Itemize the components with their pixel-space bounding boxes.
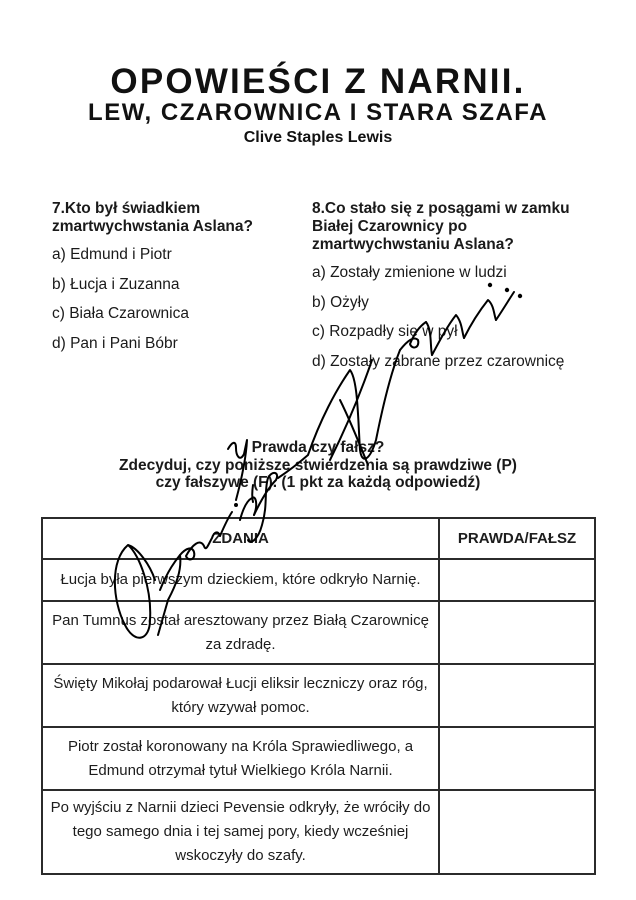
- question-7-option-d: d) Pan i Pani Bóbr: [52, 335, 292, 353]
- document-title: OPOWIEŚCI Z NARNII.: [0, 62, 636, 102]
- statement-cell: Pan Tumnus został aresztowany przez Biał…: [42, 601, 439, 664]
- answer-cell[interactable]: [439, 790, 595, 874]
- question-8-option-a: a) Zostały zmienione w ludzi: [312, 264, 592, 282]
- true-false-heading: Prawda czy fałsz?: [0, 439, 636, 457]
- true-false-table: ZDANIA PRAWDA/FAŁSZ Łucja była pierwszym…: [41, 517, 596, 875]
- table-row: Piotr został koronowany na Króla Sprawie…: [42, 727, 595, 790]
- table-row: Święty Mikołaj podarował Łucji eliksir l…: [42, 664, 595, 727]
- true-false-instruction-line1: Zdecyduj, czy poniższe stwierdzenia są p…: [0, 457, 636, 475]
- question-7-title: 7.Kto był świadkiem zmartwychwstania Asl…: [52, 200, 292, 236]
- table-row: Łucja była pierwszym dzieckiem, które od…: [42, 559, 595, 601]
- column-header-statements: ZDANIA: [42, 518, 439, 559]
- table-row: Pan Tumnus został aresztowany przez Biał…: [42, 601, 595, 664]
- question-7: 7.Kto był świadkiem zmartwychwstania Asl…: [52, 200, 292, 364]
- answer-cell[interactable]: [439, 601, 595, 664]
- table-row: Po wyjściu z Narnii dzieci Pevensie odkr…: [42, 790, 595, 874]
- question-8-option-d: d) Zostały zabrane przez czarownicę: [312, 353, 592, 371]
- question-8: 8.Co stało się z posągami w zamku Białej…: [312, 200, 592, 382]
- document-subtitle: LEW, CZAROWNICA I STARA SZAFA: [0, 99, 636, 127]
- answer-cell[interactable]: [439, 559, 595, 601]
- answer-cell[interactable]: [439, 664, 595, 727]
- question-7-option-c: c) Biała Czarownica: [52, 305, 292, 323]
- true-false-instruction-line2: czy fałszywe (F). (1 pkt za każdą odpowi…: [0, 474, 636, 492]
- question-7-option-a: a) Edmund i Piotr: [52, 246, 292, 264]
- statement-cell: Po wyjściu z Narnii dzieci Pevensie odkr…: [42, 790, 439, 874]
- true-false-instructions: Prawda czy fałsz? Zdecyduj, czy poniższe…: [0, 439, 636, 492]
- statement-cell: Łucja była pierwszym dzieckiem, które od…: [42, 559, 439, 601]
- column-header-true-false: PRAWDA/FAŁSZ: [439, 518, 595, 559]
- question-8-option-c: c) Rozpadły się w pył: [312, 323, 592, 341]
- question-8-option-b: b) Ożyły: [312, 294, 592, 312]
- question-7-option-b: b) Łucja i Zuzanna: [52, 276, 292, 294]
- author-name: Clive Staples Lewis: [0, 128, 636, 148]
- question-8-title: 8.Co stało się z posągami w zamku Białej…: [312, 200, 592, 254]
- answer-cell[interactable]: [439, 727, 595, 790]
- table-header-row: ZDANIA PRAWDA/FAŁSZ: [42, 518, 595, 559]
- statement-cell: Święty Mikołaj podarował Łucji eliksir l…: [42, 664, 439, 727]
- statement-cell: Piotr został koronowany na Króla Sprawie…: [42, 727, 439, 790]
